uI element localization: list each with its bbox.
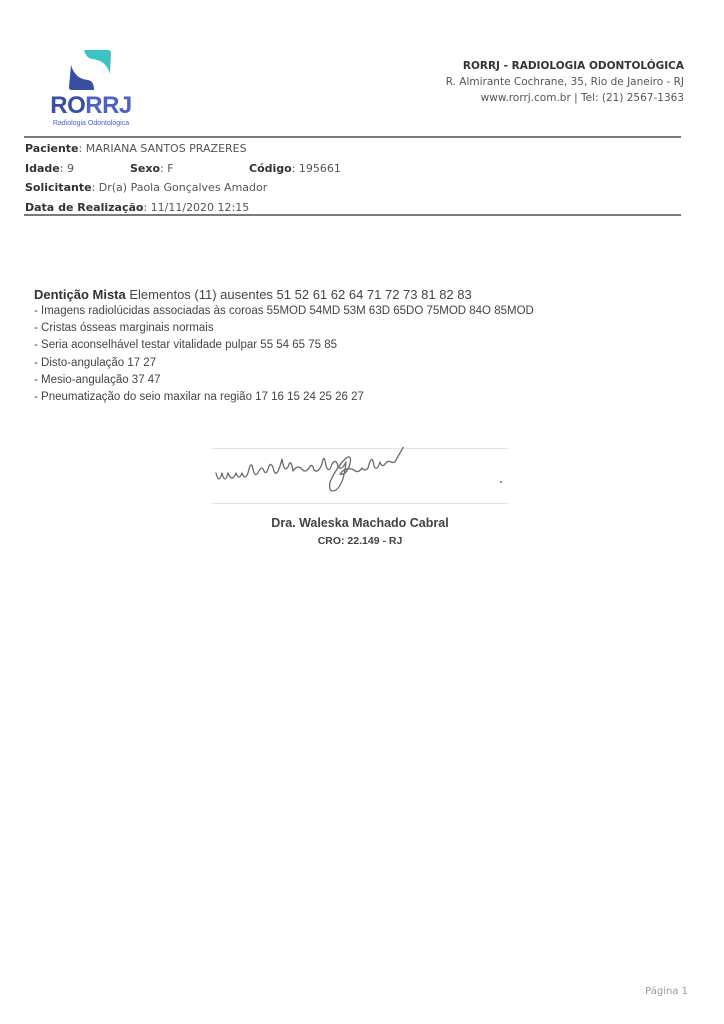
patient-name-row: Paciente: MARIANA SANTOS PRAZERES: [25, 139, 267, 159]
rorrj-logo-mark-icon: [68, 48, 112, 92]
clinic-info: RORRJ - RADIOLOGIA ODONTOLÓGICA R. Almir…: [446, 58, 684, 106]
sex-label: Sexo: [130, 162, 160, 175]
patient-sex: F: [167, 162, 173, 175]
requester-label: Solicitante: [25, 181, 92, 194]
finding-item: - Imagens radiolúcidas associadas às cor…: [34, 303, 534, 320]
patient-name: MARIANA SANTOS PRAZERES: [86, 142, 247, 155]
requester-row: Solicitante: Dr(a) Paola Gonçalves Amado…: [25, 178, 267, 198]
header-divider: [24, 136, 681, 138]
patient-age: 9: [67, 162, 74, 175]
patient-details-row: Idade: 9 Sexo: F Código: 195661: [25, 159, 267, 179]
requester-name: Dr(a) Paola Gonçalves Amador: [99, 181, 268, 194]
logo-wordmark: RORRJ: [48, 94, 134, 118]
code-label: Código: [249, 162, 292, 175]
finding-item: - Mesio-angulação 37 47: [34, 372, 534, 389]
doctor-block: Dra. Waleska Machado Cabral CRO: 22.149 …: [200, 514, 520, 550]
findings-title: Dentição Mista: [34, 287, 126, 302]
findings-title-row: Dentição Mista Elementos (11) ausentes 5…: [34, 286, 534, 303]
finding-item: - Seria aconselhável testar vitalidade p…: [34, 337, 534, 354]
doctor-cro: CRO: 22.149 - RJ: [200, 532, 520, 550]
clinic-address: R. Almirante Cochrane, 35, Rio de Janeir…: [446, 74, 684, 90]
logo-subtitle: Radiologia Odontológica: [46, 120, 136, 127]
doctor-name: Dra. Waleska Machado Cabral: [200, 514, 520, 532]
exam-date: 11/11/2020 12:15: [151, 201, 250, 214]
page-number: Página 1: [645, 986, 688, 997]
clinic-contact: www.rorrj.com.br | Tel: (21) 2567-1363: [446, 90, 684, 106]
clinic-name: RORRJ - RADIOLOGIA ODONTOLÓGICA: [446, 58, 684, 74]
finding-item: - Cristas ósseas marginais normais: [34, 320, 534, 337]
finding-item: - Disto-angulação 17 27: [34, 355, 534, 372]
clinic-logo: RORRJ Radiologia Odontológica: [46, 46, 136, 136]
patient-info: Paciente: MARIANA SANTOS PRAZERES Idade:…: [25, 139, 267, 217]
handwritten-signature: [210, 447, 510, 503]
signature-bottom-line: [212, 503, 508, 504]
findings-summary: Elementos (11) ausentes 51 52 61 62 64 7…: [129, 287, 471, 302]
exam-date-label: Data de Realização: [25, 201, 143, 214]
patient-divider: [24, 214, 681, 216]
patient-name-label: Paciente: [25, 142, 79, 155]
finding-item: - Pneumatização do seio maxilar na regiã…: [34, 389, 534, 406]
age-label: Idade: [25, 162, 60, 175]
report-findings: Dentição Mista Elementos (11) ausentes 5…: [34, 286, 534, 406]
patient-code: 195661: [299, 162, 341, 175]
